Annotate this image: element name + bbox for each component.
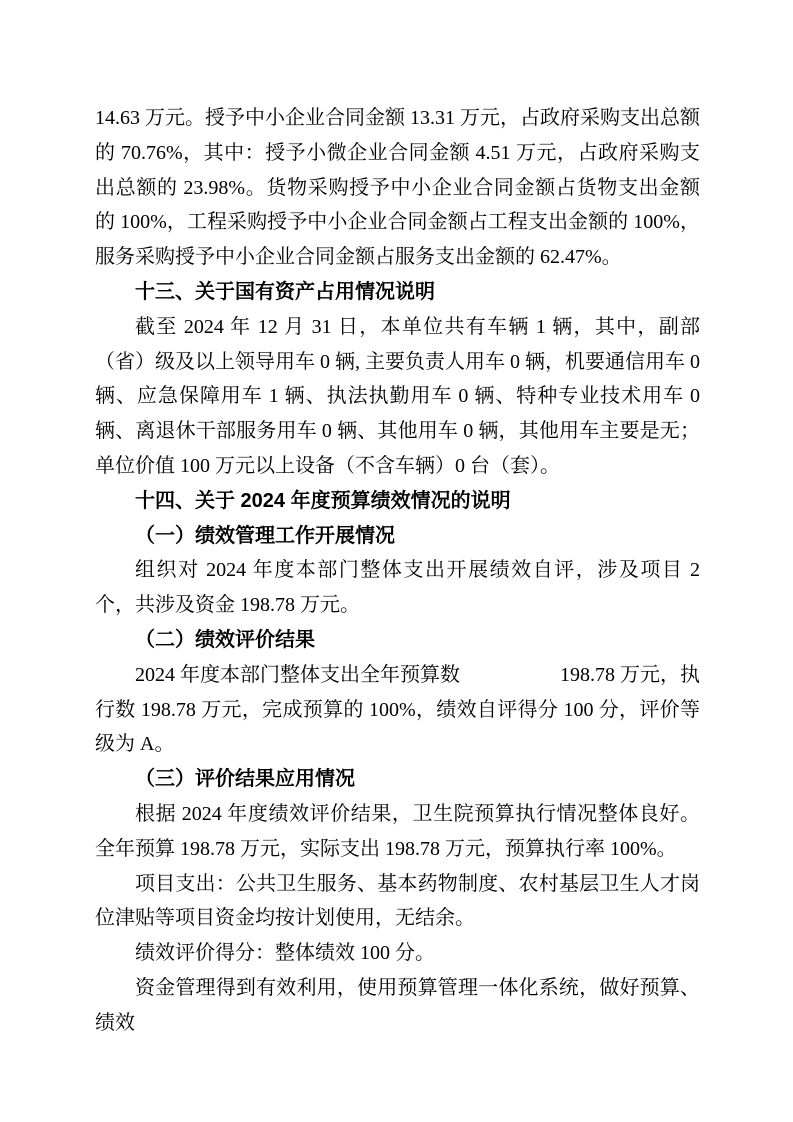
para-overall-execution-rate: 根据 2024 年度绩效评价结果，卫生院预算执行情况整体良好。全年预算 198.…	[95, 797, 700, 867]
para-self-evaluation-scope: 组织对 2024 年度本部门整体支出开展绩效自评，涉及项目 2 个，共涉及资金 …	[95, 553, 700, 623]
para-procurement-smb-amounts: 14.63 万元。授予中小企业合同金额 13.31 万元，占政府采购支出总额的 …	[95, 101, 700, 275]
para-vehicles-and-equipment: 截至 2024 年 12 月 31 日，本单位共有车辆 1 辆，其中，副部（省）…	[95, 310, 700, 484]
heading-section-14-budget-performance: 十四、关于 2024 年度预算绩效情况的说明	[95, 484, 700, 519]
para-fund-management: 资金管理得到有效利用，使用预算管理一体化系统，做好预算、绩效	[95, 971, 700, 1041]
document-page: 14.63 万元。授予中小企业合同金额 13.31 万元，占政府采购支出总额的 …	[0, 0, 793, 1122]
subheading-3-result-application: （三）评价结果应用情况	[95, 762, 700, 797]
subheading-1-performance-management: （一）绩效管理工作开展情况	[95, 519, 700, 554]
para-budget-execution-result: 2024 年度本部门整体支出全年预算数 198.78 万元，执行数 198.78…	[95, 658, 700, 762]
para-project-expenditure: 项目支出：公共卫生服务、基本药物制度、农村基层卫生人才岗位津贴等项目资金均按计划…	[95, 867, 700, 937]
document-content: 14.63 万元。授予中小企业合同金额 13.31 万元，占政府采购支出总额的 …	[95, 101, 700, 1041]
para-performance-score: 绩效评价得分：整体绩效 100 分。	[95, 936, 700, 971]
subheading-2-evaluation-results: （二）绩效评价结果	[95, 623, 700, 658]
heading-section-13-state-assets: 十三、关于国有资产占用情况说明	[95, 275, 700, 310]
